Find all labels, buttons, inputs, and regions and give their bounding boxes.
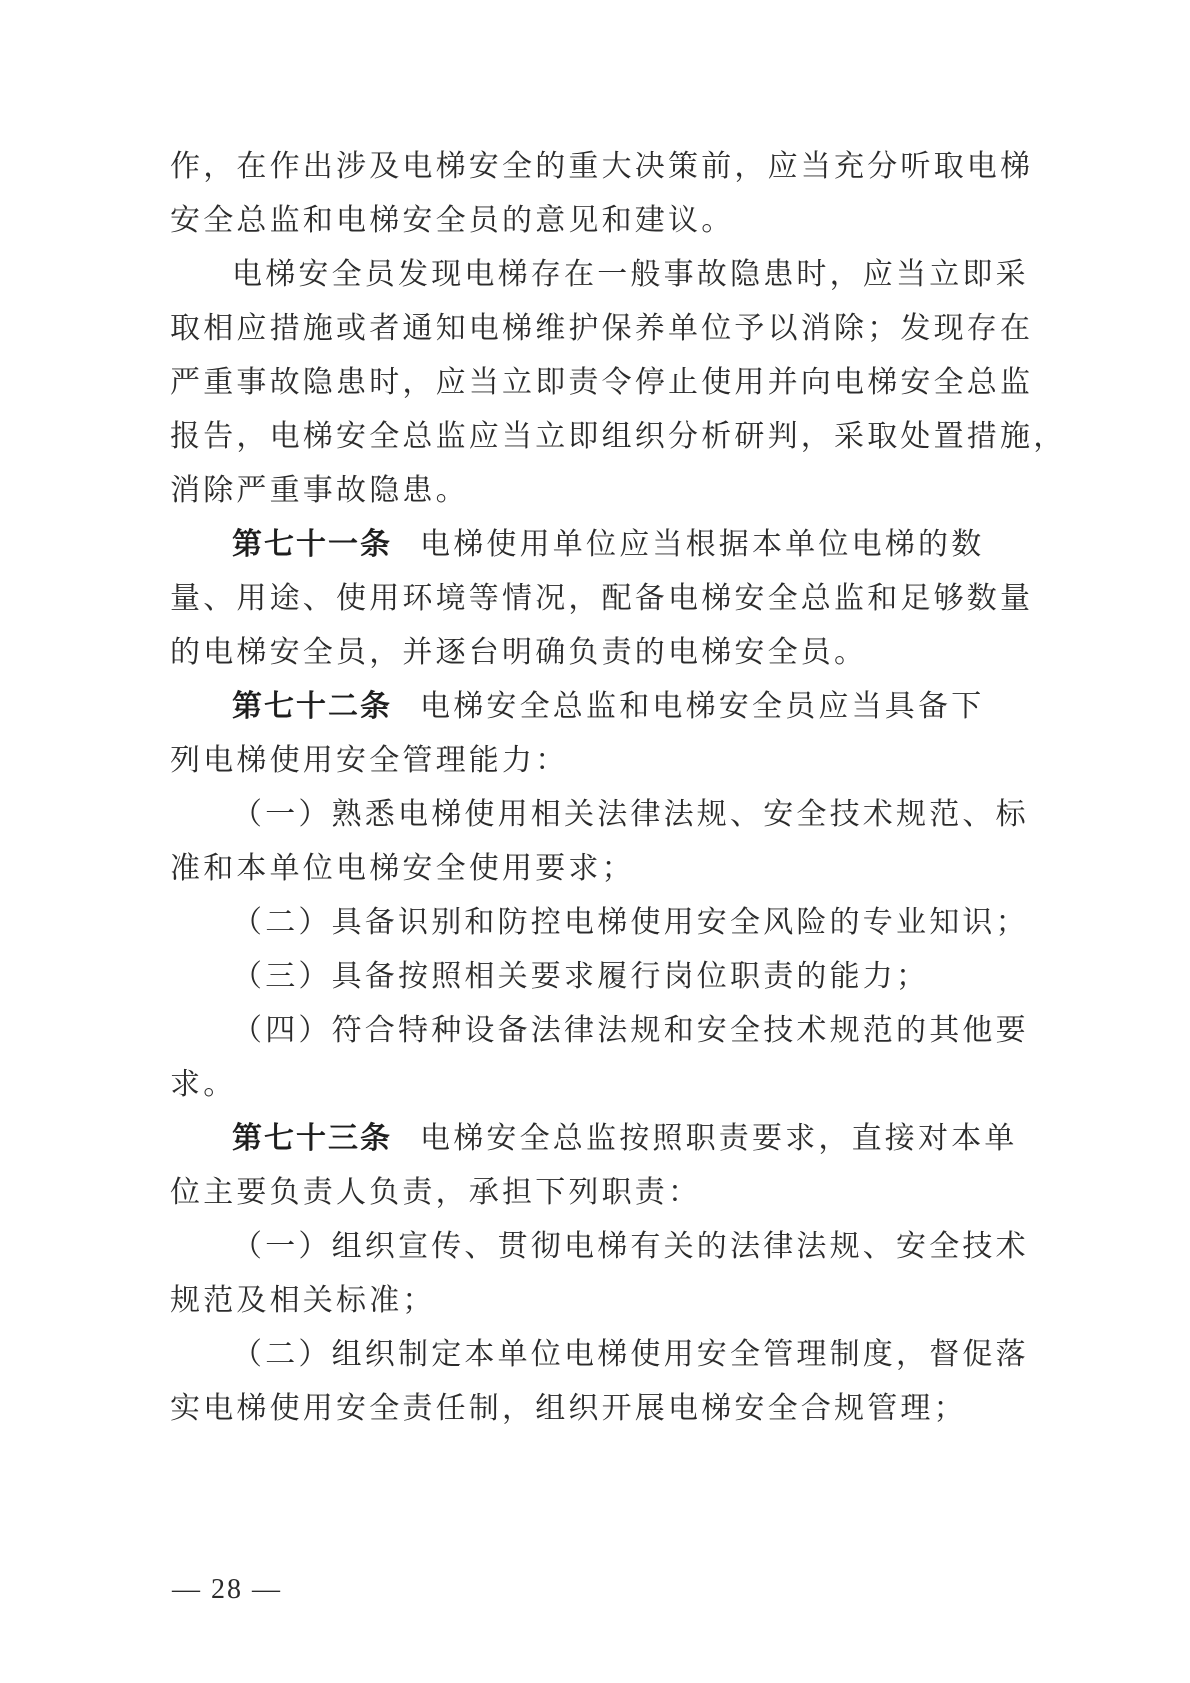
list-item-line: 实电梯使用安全责任制，组织开展电梯安全合规管理； bbox=[170, 1389, 950, 1429]
list-item-line: （四）符合特种设备法律法规和安全技术规范的其他要 bbox=[232, 1011, 1012, 1051]
list-item-line: （三）具备按照相关要求履行岗位职责的能力； bbox=[232, 957, 1012, 997]
paragraph-line: 位主要负责人负责，承担下列职责： bbox=[170, 1173, 950, 1213]
list-item-line: （一）组织宣传、贯彻电梯有关的法律法规、安全技术 bbox=[232, 1227, 1012, 1267]
list-item-line: 准和本单位电梯安全使用要求； bbox=[170, 849, 950, 889]
list-item-line: （二）组织制定本单位电梯使用安全管理制度，督促落 bbox=[232, 1335, 1012, 1375]
paragraph-line: 取相应措施或者通知电梯维护保养单位予以消除；发现存在 bbox=[170, 309, 950, 349]
paragraph-line: 严重事故隐患时，应当立即责令停止使用并向电梯安全总监 bbox=[170, 363, 950, 403]
article-text: 电梯安全总监按照职责要求，直接对本单 bbox=[420, 1121, 1018, 1156]
article-73-line: 第七十三条电梯安全总监按照职责要求，直接对本单 bbox=[232, 1119, 1012, 1159]
article-number: 第七十一条 bbox=[232, 527, 392, 562]
page-number: — 28 — bbox=[172, 1572, 282, 1608]
article-71-line: 第七十一条电梯使用单位应当根据本单位电梯的数 bbox=[232, 525, 1012, 565]
paragraph-line: 列电梯使用安全管理能力： bbox=[170, 741, 950, 781]
article-number: 第七十三条 bbox=[232, 1121, 392, 1156]
paragraph-line: 报告，电梯安全总监应当立即组织分析研判，采取处置措施， bbox=[170, 417, 950, 457]
article-72-line: 第七十二条电梯安全总监和电梯安全员应当具备下 bbox=[232, 687, 1012, 727]
list-item-line: 求。 bbox=[170, 1065, 950, 1105]
paragraph-line: 作，在作出涉及电梯安全的重大决策前，应当充分听取电梯 bbox=[170, 147, 950, 187]
article-text: 电梯使用单位应当根据本单位电梯的数 bbox=[420, 527, 984, 562]
paragraph-line: 消除严重事故隐患。 bbox=[170, 471, 950, 511]
paragraph-line: 电梯安全员发现电梯存在一般事故隐患时，应当立即采 bbox=[232, 255, 1012, 295]
article-number: 第七十二条 bbox=[232, 689, 392, 724]
article-text: 电梯安全总监和电梯安全员应当具备下 bbox=[420, 689, 984, 724]
paragraph-line: 安全总监和电梯安全员的意见和建议。 bbox=[170, 201, 950, 241]
paragraph-line: 的电梯安全员，并逐台明确负责的电梯安全员。 bbox=[170, 633, 950, 673]
list-item-line: （二）具备识别和防控电梯使用安全风险的专业知识； bbox=[232, 903, 1012, 943]
paragraph-line: 量、用途、使用环境等情况，配备电梯安全总监和足够数量 bbox=[170, 579, 950, 619]
list-item-line: 规范及相关标准； bbox=[170, 1281, 950, 1321]
list-item-line: （一）熟悉电梯使用相关法律法规、安全技术规范、标 bbox=[232, 795, 1012, 835]
document-page: 作，在作出涉及电梯安全的重大决策前，应当充分听取电梯 安全总监和电梯安全员的意见… bbox=[0, 0, 1190, 1683]
